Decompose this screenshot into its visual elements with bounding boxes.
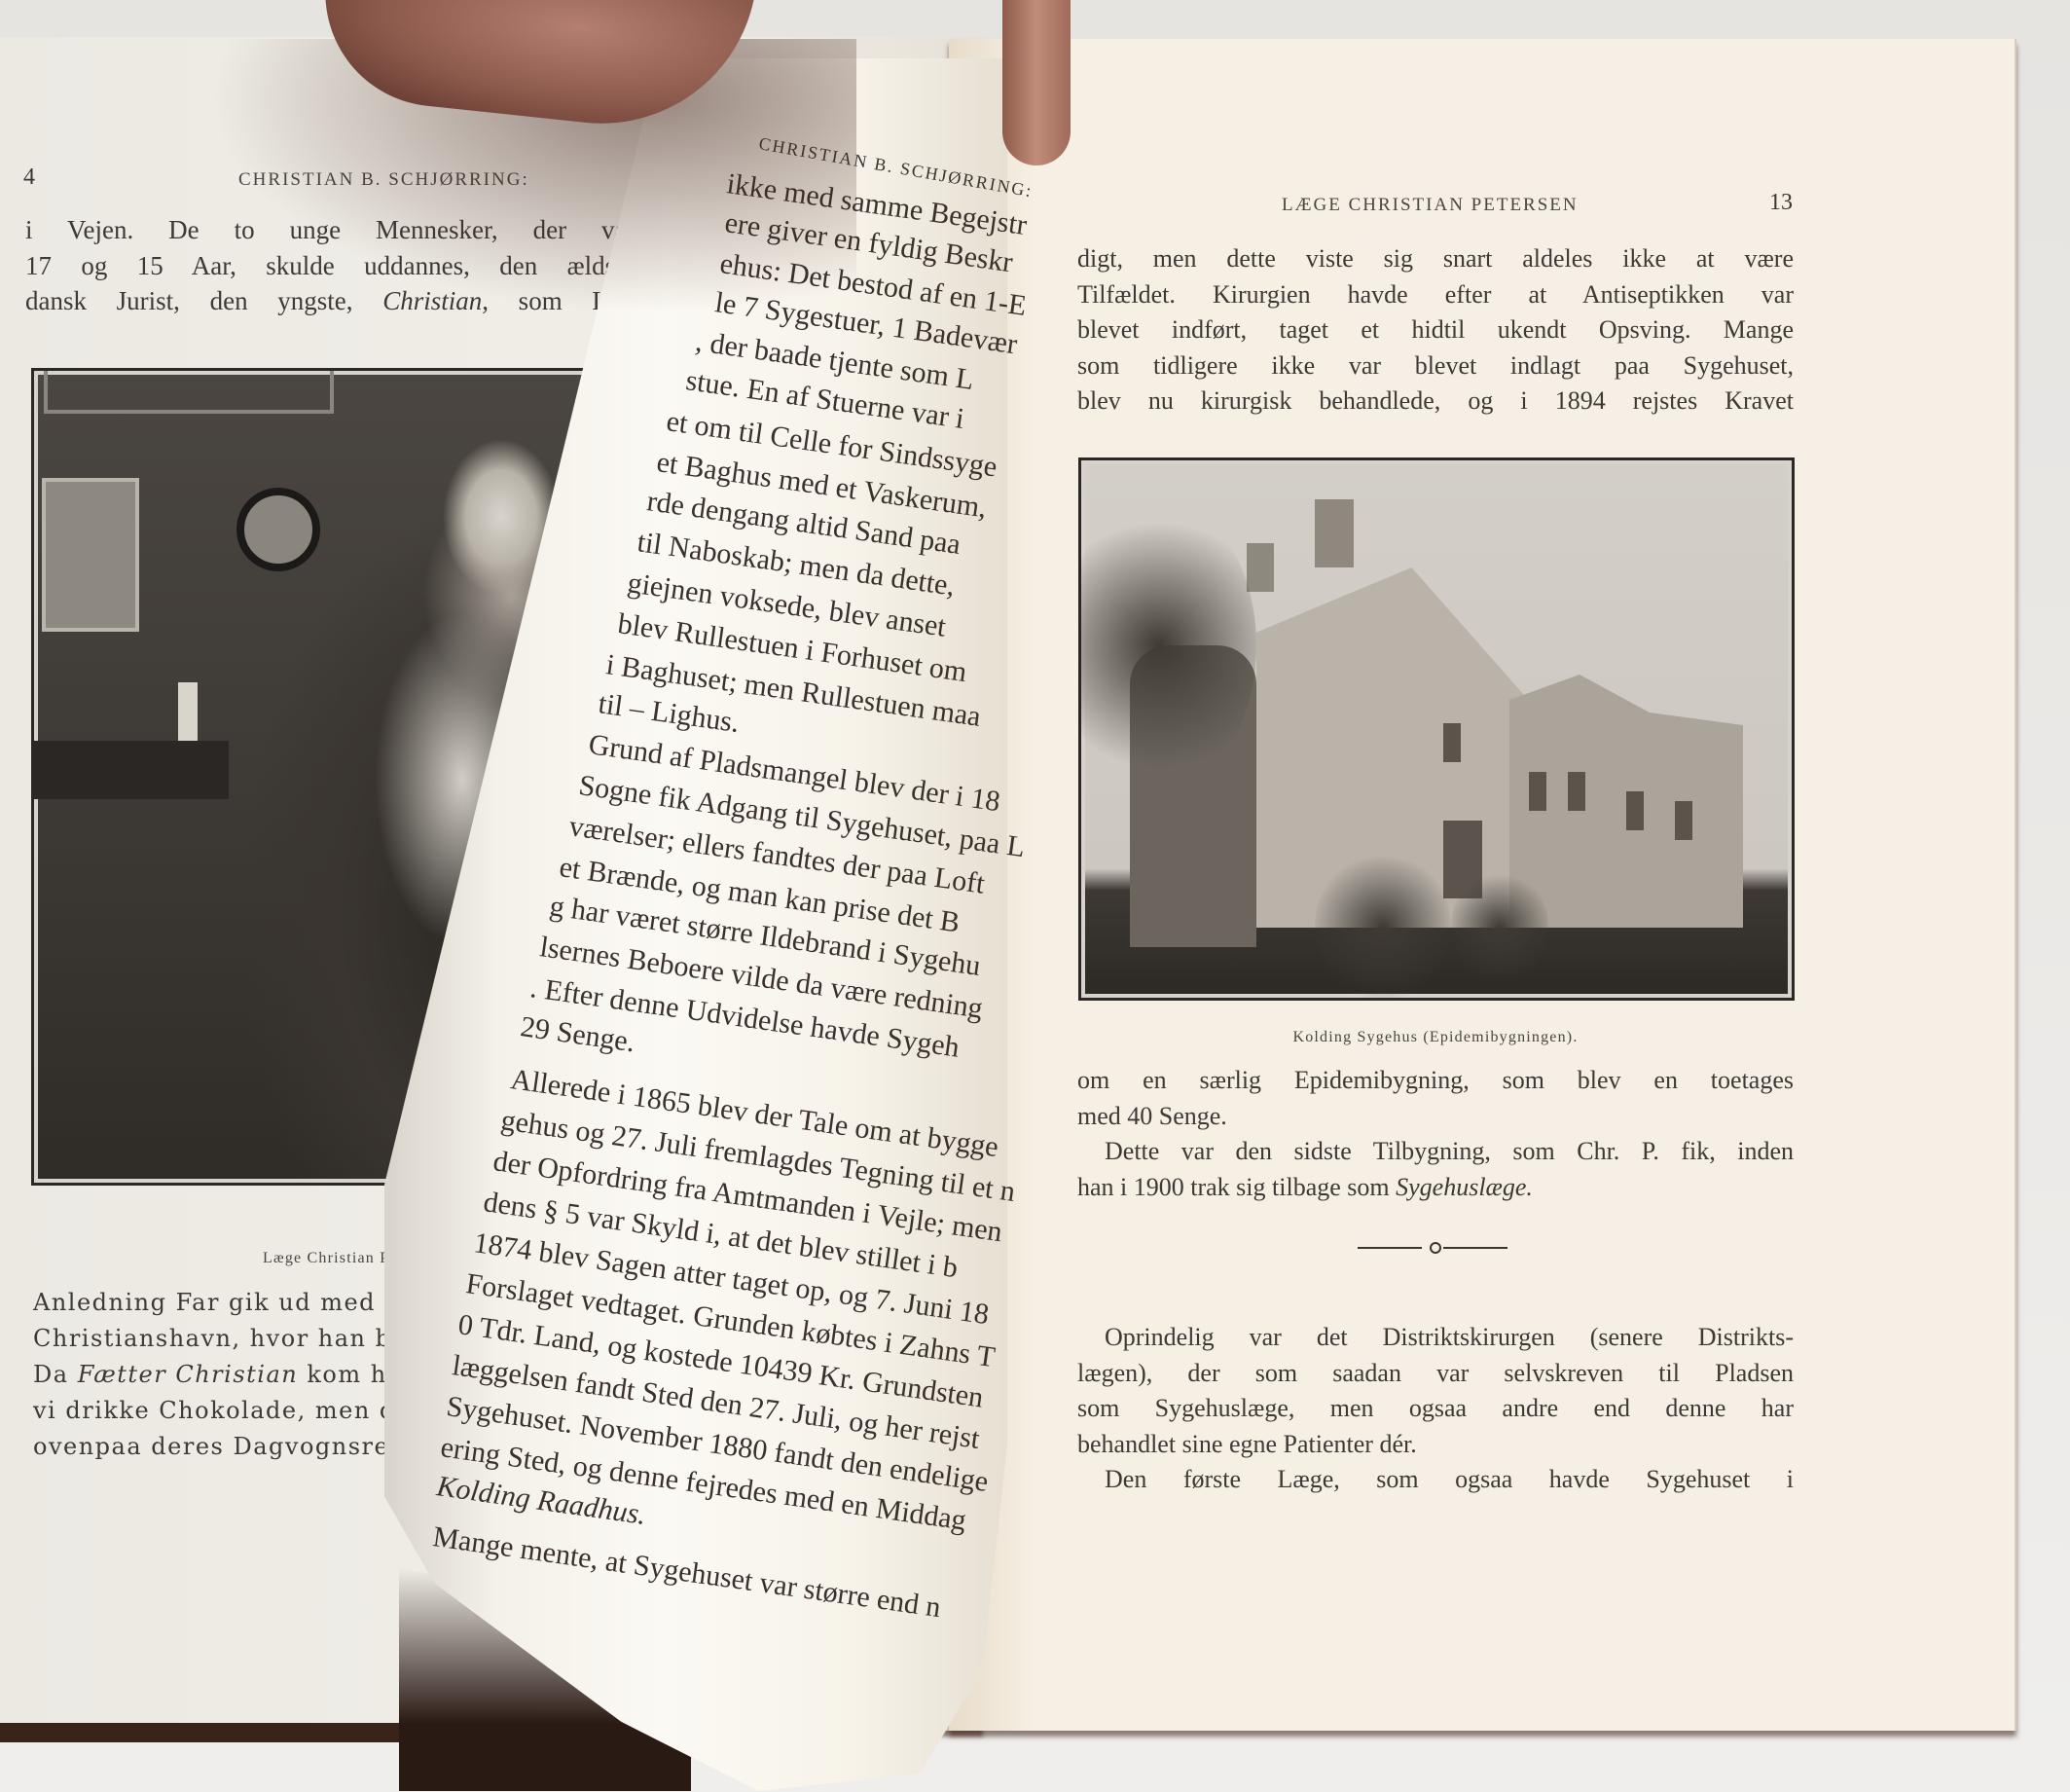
- book-edge-shadow: [0, 1723, 409, 1742]
- desk: [34, 741, 229, 799]
- text-line: han i 1900 trak sig tilbage som Sygehusl…: [1077, 1170, 1794, 1206]
- text-line: Dette var den sidste Tilbygning, som Chr…: [1077, 1134, 1794, 1170]
- building-caption: Kolding Sygehus (Epidemibygningen).: [1077, 1029, 1794, 1046]
- finger: [1002, 0, 1071, 165]
- building-photo: [1078, 457, 1795, 1001]
- wall-portrait-frame: [42, 478, 139, 632]
- text-line: som Sygehuslæge, men ogsaa andre end den…: [1077, 1391, 1794, 1427]
- wall-frame: [44, 371, 334, 414]
- right-top-text: digt, men dette viste sig snart aldeles …: [1077, 241, 1794, 420]
- text-line: med 40 Senge.: [1077, 1099, 1794, 1135]
- candle: [178, 682, 198, 741]
- text-line: Den første Læge, som ogsaa havde Sygehus…: [1077, 1462, 1794, 1498]
- running-head-right: LÆGE CHRISTIAN PETERSEN: [1282, 195, 1579, 216]
- page-number-left: 4: [23, 165, 35, 191]
- text-line: lægen), der som saadan var selvskreven t…: [1077, 1356, 1794, 1392]
- text-line: behandlet sine egne Patienter dér.: [1077, 1427, 1794, 1463]
- text-line: Oprindelig var det Distriktskirurgen (se…: [1077, 1320, 1794, 1356]
- page-number-right: 13: [1769, 190, 1793, 216]
- text-line: om en særlig Epidemibygning, som blev en…: [1077, 1063, 1794, 1099]
- text-line: som tidligere ikke var blevet indlagt pa…: [1077, 348, 1794, 384]
- text-line: blev nu kirurgisk behandlede, og i 1894 …: [1077, 384, 1794, 420]
- right-bottom-text: Oprindelig var det Distriktskirurgen (se…: [1077, 1320, 1794, 1498]
- text-line: digt, men dette viste sig snart aldeles …: [1077, 241, 1794, 277]
- wall-oval-portrait: [236, 488, 320, 571]
- right-mid-text: om en særlig Epidemibygning, som blev en…: [1077, 1063, 1794, 1205]
- section-ornament: [1358, 1242, 1513, 1254]
- ornament-circle-icon: [1430, 1242, 1441, 1254]
- text-line: Tilfældet. Kirurgien havde efter at Anti…: [1077, 277, 1794, 313]
- text-line: blevet indført, taget et hidtil ukendt O…: [1077, 312, 1794, 348]
